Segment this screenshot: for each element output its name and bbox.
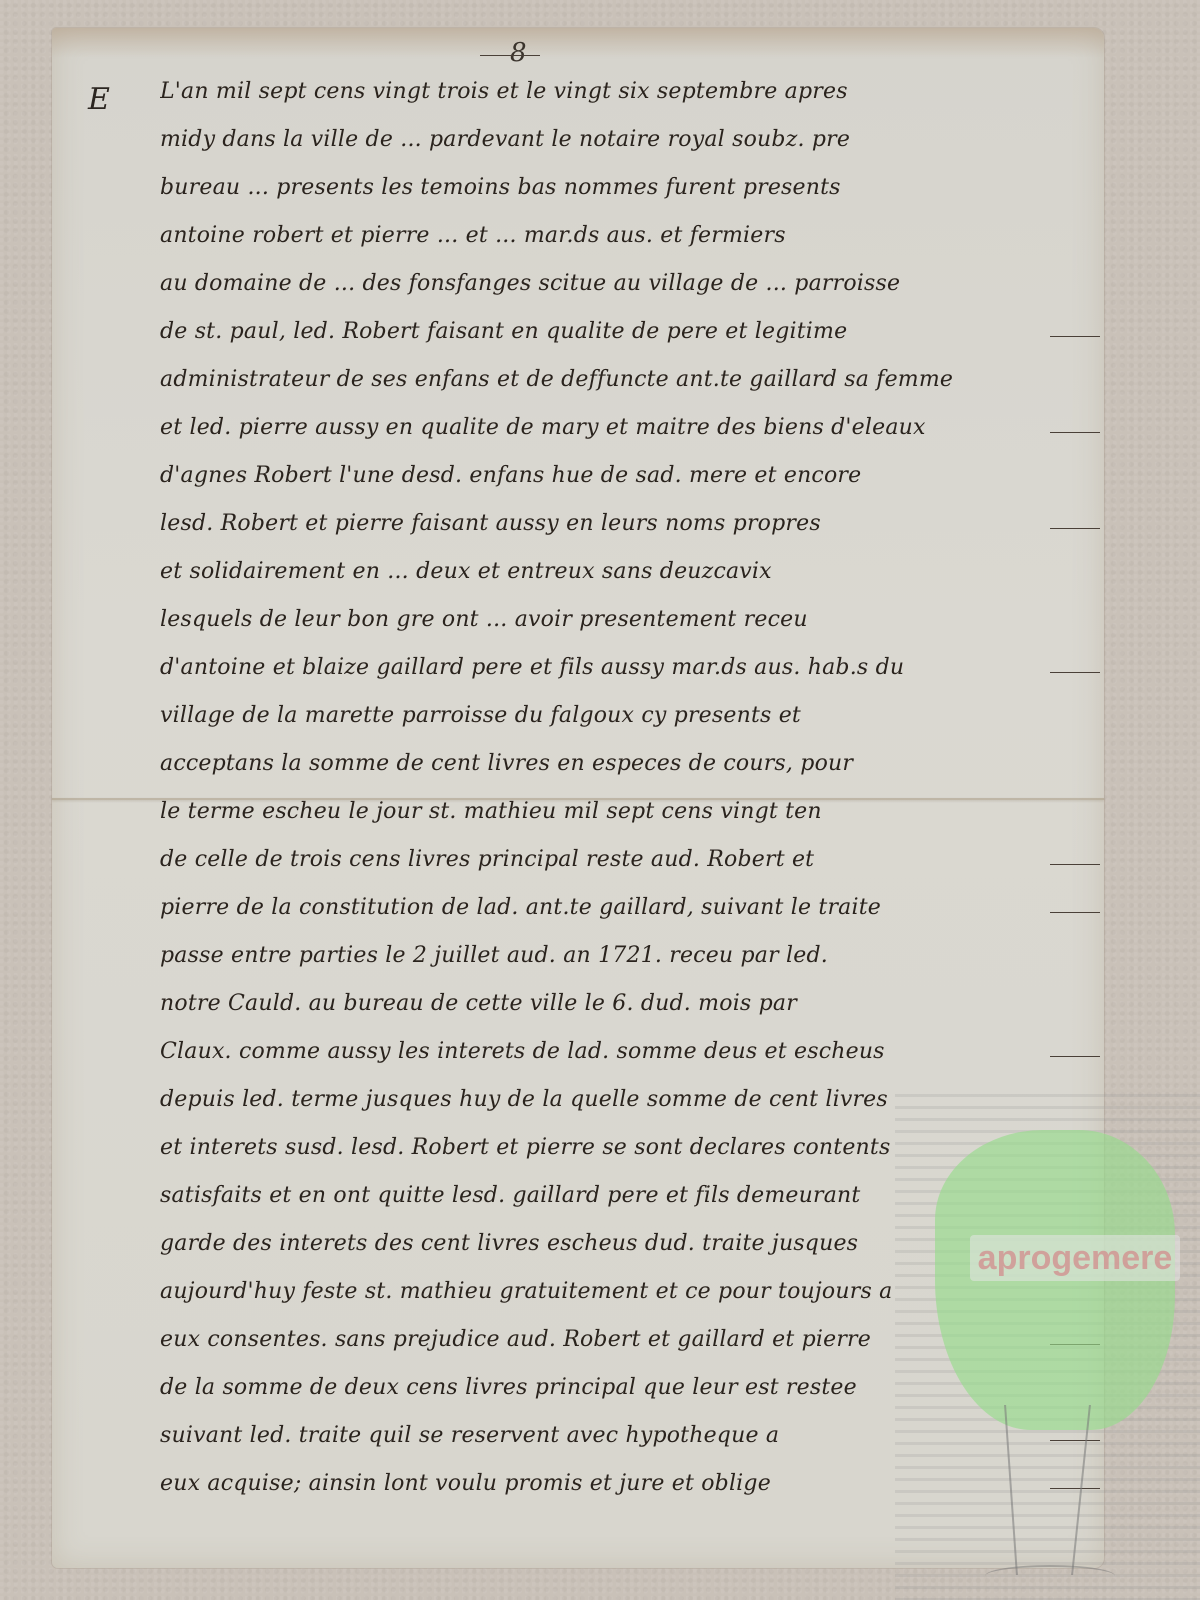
handwritten-line: eux acquise; ainsin lont voulu promis et…: [160, 1460, 1100, 1508]
handwritten-line: midy dans la ville de ... pardevant le n…: [160, 116, 1100, 164]
handwritten-line: au domaine de ... des fonsfanges scitue …: [160, 260, 1100, 308]
handwritten-line: bureau ... presents les temoins bas nomm…: [160, 164, 1100, 212]
handwritten-line: antoine robert et pierre ... et ... mar.…: [160, 212, 1100, 260]
handwritten-line: et led. pierre aussy en qualite de mary …: [160, 404, 1100, 452]
handwritten-line: aujourd'huy feste st. mathieu gratuiteme…: [160, 1268, 1100, 1316]
handwritten-line: village de la marette parroisse du falgo…: [160, 692, 1100, 740]
handwritten-line: suivant led. traite quil se reservent av…: [160, 1412, 1100, 1460]
handwritten-text-block: L'an mil sept cens vingt trois et le vin…: [160, 68, 1100, 1508]
handwritten-line: le terme escheu le jour st. mathieu mil …: [160, 788, 1100, 836]
handwritten-line: lesquels de leur bon gre ont ... avoir p…: [160, 596, 1100, 644]
page-top-mark: 8: [510, 38, 527, 68]
handwritten-line: d'antoine et blaize gaillard pere et fil…: [160, 644, 1100, 692]
handwritten-line: de celle de trois cens livres principal …: [160, 836, 1100, 884]
handwritten-line: de st. paul, led. Robert faisant en qual…: [160, 308, 1100, 356]
handwritten-line: depuis led. terme jusques huy de la quel…: [160, 1076, 1100, 1124]
handwritten-line: garde des interets des cent livres esche…: [160, 1220, 1100, 1268]
handwritten-line: de la somme de deux cens livres principa…: [160, 1364, 1100, 1412]
folio-letter: E: [88, 82, 110, 117]
handwritten-line: d'agnes Robert l'une desd. enfans hue de…: [160, 452, 1100, 500]
handwritten-line: Claux. comme aussy les interets de lad. …: [160, 1028, 1100, 1076]
handwritten-line: acceptans la somme de cent livres en esp…: [160, 740, 1100, 788]
handwritten-line: pierre de la constitution de lad. ant.te…: [160, 884, 1100, 932]
handwritten-line: L'an mil sept cens vingt trois et le vin…: [160, 68, 1100, 116]
handwritten-line: passe entre parties le 2 juillet aud. an…: [160, 932, 1100, 980]
handwritten-line: notre Cauld. au bureau de cette ville le…: [160, 980, 1100, 1028]
handwritten-line: satisfaits et en ont quitte lesd. gailla…: [160, 1172, 1100, 1220]
handwritten-line: et solidairement en ... deux et entreux …: [160, 548, 1100, 596]
handwritten-line: eux consentes. sans prejudice aud. Rober…: [160, 1316, 1100, 1364]
tree-roots-icon: [985, 1565, 1115, 1587]
handwritten-line: et interets susd. lesd. Robert et pierre…: [160, 1124, 1100, 1172]
handwritten-line: lesd. Robert et pierre faisant aussy en …: [160, 500, 1100, 548]
handwritten-line: administrateur de ses enfans et de deffu…: [160, 356, 1100, 404]
